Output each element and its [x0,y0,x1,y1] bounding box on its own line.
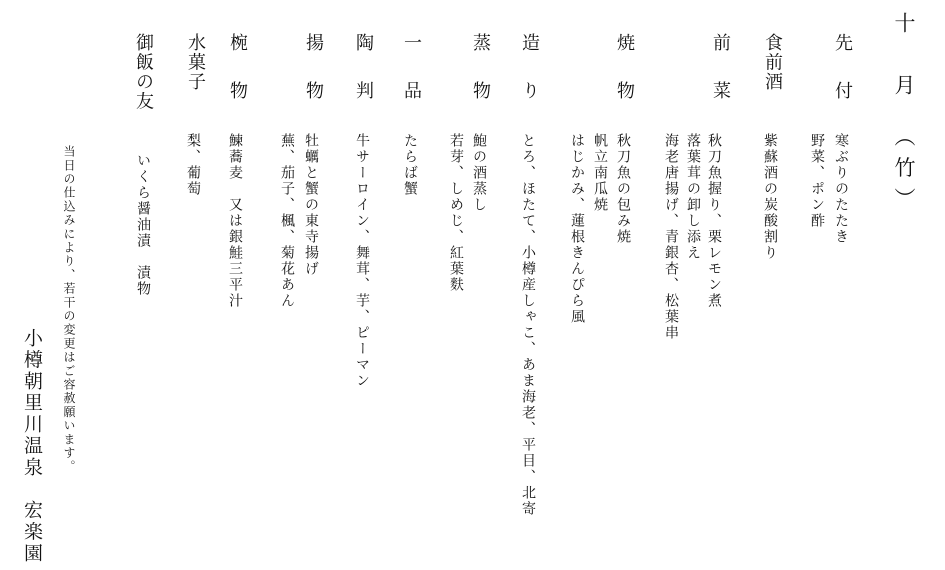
menu-item: 落葉茸の卸し添え [686,133,700,261]
menu-item: 秋刀魚の包み焼 [616,133,630,245]
section-heading-agemono: 揚物 [304,33,322,129]
menu-item: とろ、ほたて、小樽産しゃこ、あま海老、平目、北寄 [521,133,535,517]
section-heading-ippin: 一品 [402,33,420,129]
section-heading-touban: 陶判 [354,33,372,129]
menu-item: 寒ぶりのたたき [834,133,848,245]
section-heading-zensai: 前菜 [711,33,729,129]
menu-item: 鰊蕎麦 又は銀鮭三平汁 [228,133,242,309]
restaurant-signature: 小樽朝里川温泉 宏楽園 [22,328,41,565]
menu-item: 牡蠣と蟹の東寺揚げ [304,133,318,277]
section-heading-shokuzenshu: 食前酒 [763,33,781,92]
menu-item: 帆立南瓜焼 [593,133,607,213]
disclaimer-note: 当日の仕込みにより、若干の変更はご容赦願います。 [63,145,75,474]
kaiseki-menu-page: { "menu": { "title": "十 月 （竹）", "note": … [0,0,945,570]
menu-item: 梨、葡萄 [186,133,200,197]
menu-item: いくら醤油漬 漬物 [136,153,150,297]
menu-item: 野菜、ポン酢 [810,133,824,229]
section-heading-gohan-no-tomo: 御飯の友 [134,33,152,111]
menu-item: 蕪、茄子、楓、菊花あん [280,133,294,309]
section-heading-wanmono: 椀物 [228,33,246,129]
section-heading-yakimono: 焼物 [615,33,633,129]
menu-item: たらば蟹 [403,133,417,197]
menu-item: 若芽、しめじ、紅葉麩 [449,133,463,293]
menu-item: はじかみ、蓮根きんぴら風 [570,133,584,325]
section-heading-mizugashi: 水菓子 [186,33,204,92]
menu-item: 紫蘇酒の炭酸割り [763,133,777,261]
page-title: 十 月 （竹） [893,12,914,219]
section-heading-tsukuri: 造り [520,33,538,129]
menu-item: 鮑の酒蒸し [472,133,486,213]
menu-item: 牛サーロイン、舞茸、芋、ピーマン [355,133,369,389]
section-heading-sakizuke: 先付 [833,33,851,129]
section-heading-mushimono: 蒸物 [471,33,489,129]
menu-item: 海老唐揚げ、青銀杏、松葉串 [664,133,678,341]
menu-item: 秋刀魚握り、栗レモン煮 [707,133,721,309]
